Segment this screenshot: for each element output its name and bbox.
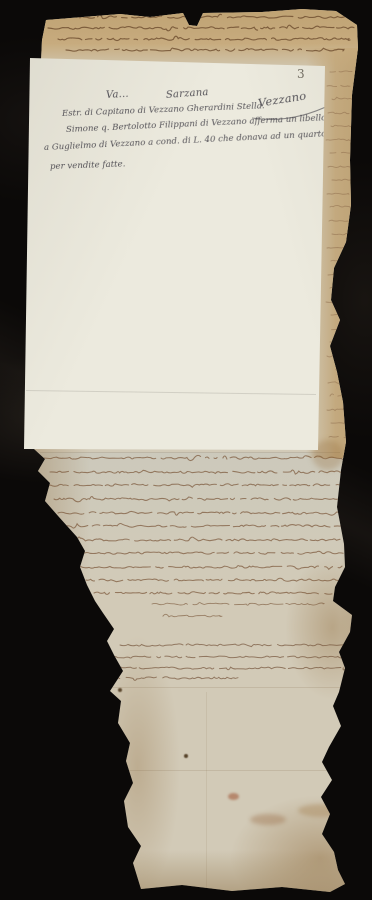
- ink-speck: [184, 754, 188, 758]
- ink-speck: [118, 688, 122, 692]
- ink-stain: [250, 814, 286, 825]
- note-heading-left: Va...: [106, 89, 129, 101]
- manuscript-photograph: 3 Va... Sarzana Vezzano Estr. di Capitan…: [0, 0, 372, 900]
- slip-crease: [26, 390, 316, 395]
- fold-crease: [122, 770, 337, 771]
- note-line: per vendite fatte.: [50, 159, 126, 172]
- fold-crease: [110, 687, 342, 688]
- fold-crease: [206, 692, 207, 888]
- ink-stain: [228, 793, 239, 800]
- fold-crease: [40, 452, 340, 453]
- page-number: 3: [297, 67, 305, 81]
- note-heading-center: Sarzana: [166, 87, 209, 101]
